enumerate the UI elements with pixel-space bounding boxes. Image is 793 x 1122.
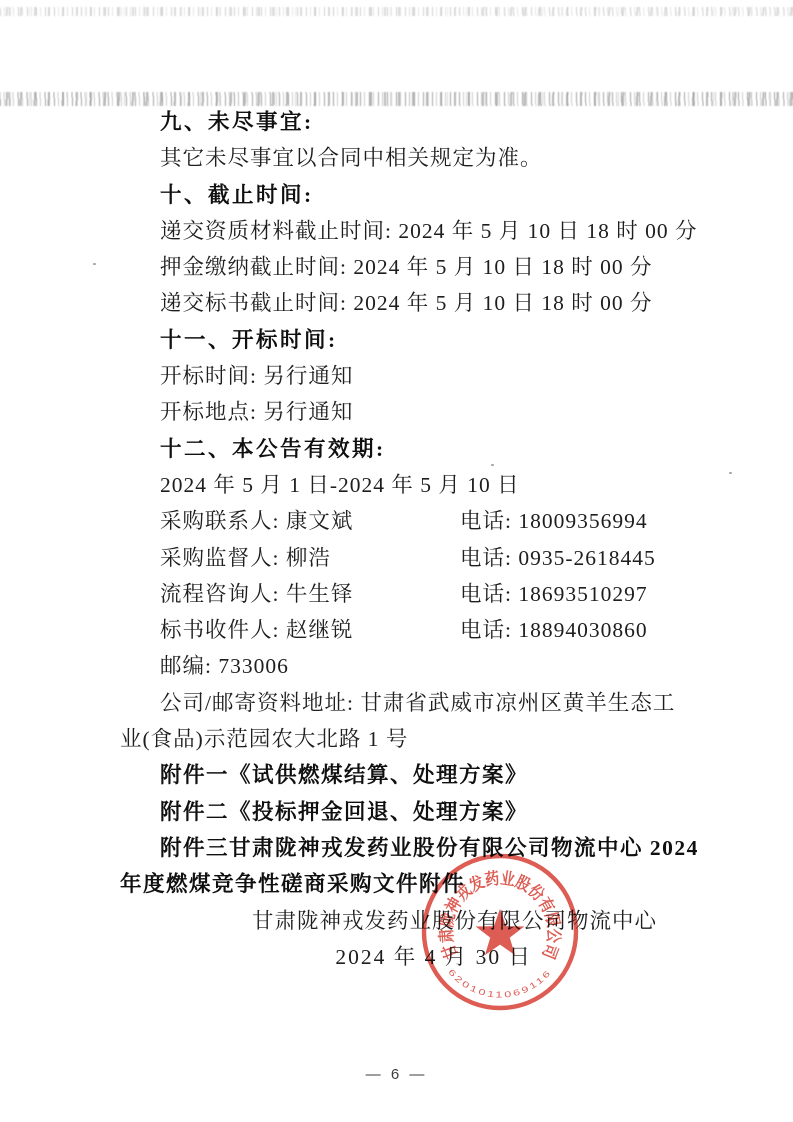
contact-person: 采购监督人: 柳浩	[160, 540, 460, 576]
signature-organization: 甘肃陇神戎发药业股份有限公司物流中心	[120, 903, 675, 939]
seal-star-icon	[476, 909, 525, 955]
contact-row: 流程咨询人: 牛生铎 电话: 18693510297	[120, 576, 675, 612]
contact-phone: 电话: 0935-2618445	[460, 540, 656, 576]
document-body: 九、未尽事宜: 其它未尽事宜以合同中相关规定为准。 十、截止时间: 递交资质材料…	[120, 104, 675, 975]
section-9-heading: 九、未尽事宜:	[120, 104, 675, 140]
page-number: — 6 —	[0, 1066, 793, 1083]
seal-code-text: 6201011069116	[446, 967, 553, 1000]
deadline-materials: 递交资质材料截止时间: 2024 年 5 月 10 日 18 时 00 分	[120, 213, 675, 249]
contact-row: 标书收件人: 赵继锐 电话: 18894030860	[120, 612, 675, 648]
attachment-1: 附件一《试供燃煤结算、处理方案》	[120, 757, 675, 793]
postal-code: 邮编: 733006	[120, 648, 675, 684]
company-seal-stamp: 甘肃陇神戎发药业股份有限公司 6201011069116	[420, 852, 580, 1012]
section-9-text: 其它未尽事宜以合同中相关规定为准。	[120, 140, 675, 176]
attachment-3-line1: 附件三甘肃陇神戎发药业股份有限公司物流中心 2024	[120, 830, 675, 866]
section-10-heading: 十、截止时间:	[120, 177, 675, 213]
scan-speck	[729, 472, 732, 474]
contact-row: 采购联系人: 康文斌 电话: 18009356994	[120, 503, 675, 539]
scanned-document-page: 九、未尽事宜: 其它未尽事宜以合同中相关规定为准。 十、截止时间: 递交资质材料…	[0, 0, 793, 1122]
scan-speck	[93, 263, 96, 265]
deadline-bid-docs: 递交标书截止时间: 2024 年 5 月 10 日 18 时 00 分	[120, 285, 675, 321]
contact-row: 采购监督人: 柳浩 电话: 0935-2618445	[120, 540, 675, 576]
contact-phone: 电话: 18693510297	[460, 576, 648, 612]
validity-period: 2024 年 5 月 1 日-2024 年 5 月 10 日	[120, 467, 675, 503]
section-12-heading: 十二、本公告有效期:	[120, 431, 675, 467]
contact-person: 标书收件人: 赵继锐	[160, 612, 460, 648]
svg-text:6201011069116: 6201011069116	[446, 967, 553, 1000]
signature-date: 2024 年 4 月 30 日	[120, 939, 675, 975]
deadline-deposit: 押金缴纳截止时间: 2024 年 5 月 10 日 18 时 00 分	[120, 249, 675, 285]
bid-opening-place: 开标地点: 另行通知	[120, 394, 675, 430]
scan-noise-band-top	[0, 7, 793, 16]
section-11-heading: 十一、开标时间:	[120, 322, 675, 358]
mailing-address-line1: 公司/邮寄资料地址: 甘肃省武威市凉州区黄羊生态工	[120, 685, 675, 721]
contact-phone: 电话: 18894030860	[460, 612, 648, 648]
bid-opening-time: 开标时间: 另行通知	[120, 358, 675, 394]
mailing-address-line2: 业(食品)示范园农大北路 1 号	[120, 721, 675, 757]
contact-person: 采购联系人: 康文斌	[160, 503, 460, 539]
contact-phone: 电话: 18009356994	[460, 503, 648, 539]
attachment-3-line2: 年度燃煤竞争性磋商采购文件附件	[120, 866, 675, 902]
contact-person: 流程咨询人: 牛生铎	[160, 576, 460, 612]
attachment-2: 附件二《投标押金回退、处理方案》	[120, 794, 675, 830]
